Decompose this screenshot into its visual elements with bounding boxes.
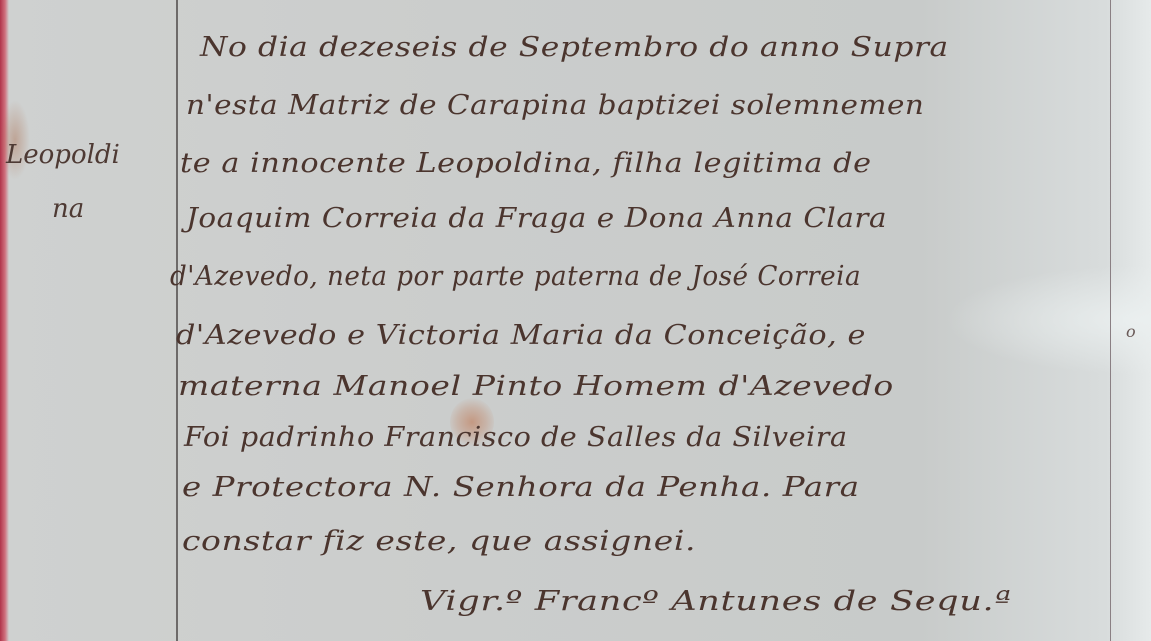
record-line-2: n'esta Matriz de Carapina baptizei solem… xyxy=(186,92,1151,119)
record-line-7: materna Manoel Pinto Homem d'Azevedo xyxy=(178,373,1151,400)
page-binding-edge xyxy=(0,0,9,641)
right-margin-mark: o xyxy=(1126,322,1136,341)
margin-name-line-2: na xyxy=(52,196,84,222)
record-line-8: Foi padrinho Francisco de Salles da Silv… xyxy=(184,424,1151,451)
record-line-6: d'Azevedo e Victoria Maria da Conceição,… xyxy=(176,322,1151,349)
record-line-4: Joaquim Correia da Fraga e Dona Anna Cla… xyxy=(186,205,1151,232)
record-line-3: te a innocente Leopoldina, filha legitim… xyxy=(180,150,1151,177)
record-line-1: No dia dezeseis de Septembro do anno Sup… xyxy=(200,34,1151,61)
record-line-5: d'Azevedo, neta por parte paterna de Jos… xyxy=(170,263,1072,290)
document-page: Leopoldi na No dia dezeseis de Septembro… xyxy=(0,0,1151,641)
record-line-9: e Protectora N. Senhora da Penha. Para xyxy=(182,474,1151,501)
record-line-10: constar fiz este, que assignei. xyxy=(182,528,1151,555)
priest-signature: Vigr.º Francº Antunes de Sequ.ª xyxy=(420,588,1151,615)
margin-name-line-1: Leopoldi xyxy=(6,142,120,168)
